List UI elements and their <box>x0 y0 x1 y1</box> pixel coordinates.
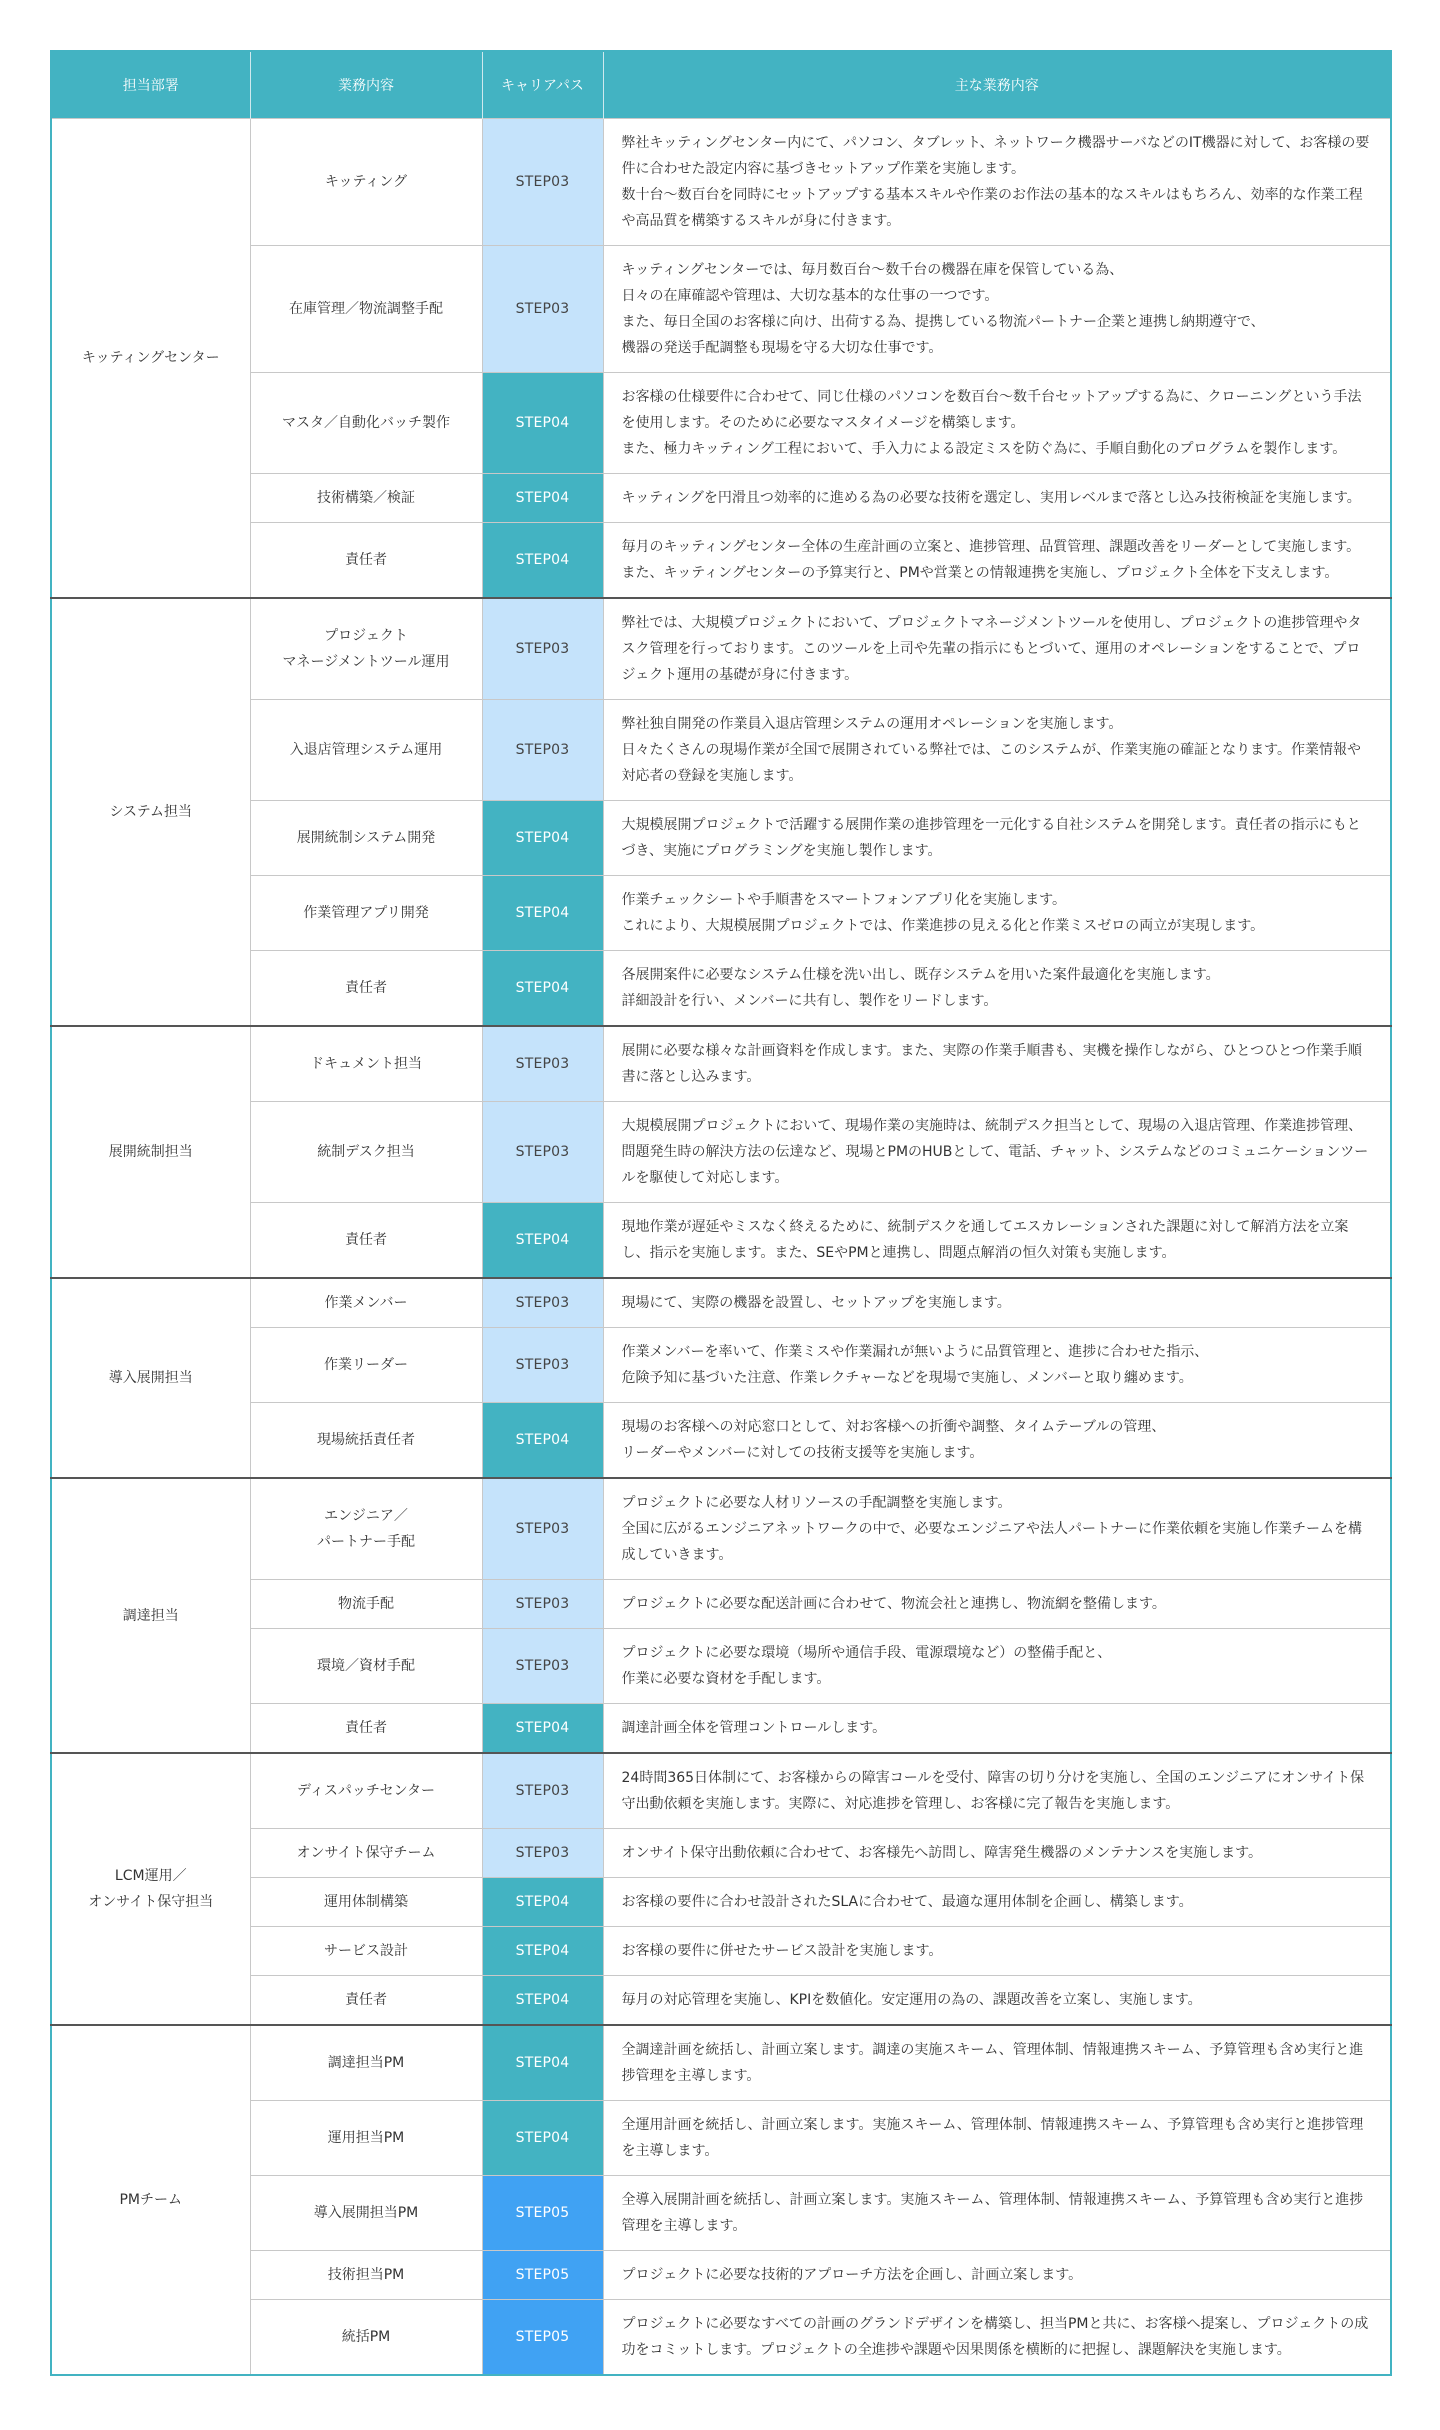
description-cell: 弊社キッティングセンター内にて、パソコン、タブレット、ネットワーク機器サーバなど… <box>603 119 1391 246</box>
task-cell: 責任者 <box>250 1203 482 1279</box>
description-cell: 展開に必要な様々な計画資料を作成します。また、実際の作業手順書も、実機を操作しな… <box>603 1026 1391 1102</box>
description-cell: お客様の要件に合わせ設計されたSLAに合わせて、最適な運用体制を企画し、構築しま… <box>603 1878 1391 1927</box>
description-cell: プロジェクトに必要な環境（場所や通信手段、電源環境など）の整備手配と、 作業に必… <box>603 1629 1391 1704</box>
department-cell: キッティングセンター <box>51 119 250 599</box>
description-cell: 現場にて、実際の機器を設置し、セットアップを実施します。 <box>603 1278 1391 1328</box>
career-step-badge: STEP03 <box>482 700 603 801</box>
task-cell: 調達担当PM <box>250 2025 482 2101</box>
description-cell: 調達計画全体を管理コントロールします。 <box>603 1704 1391 1754</box>
table-row: 物流手配STEP03プロジェクトに必要な配送計画に合わせて、物流会社と連携し、物… <box>51 1580 1391 1629</box>
task-cell: 技術構築／検証 <box>250 474 482 523</box>
table-row: システム担当プロジェクト マネージメントツール運用STEP03弊社では、大規模プ… <box>51 598 1391 700</box>
career-step-badge: STEP04 <box>482 1403 603 1479</box>
task-cell: サービス設計 <box>250 1927 482 1976</box>
career-step-badge: STEP03 <box>482 119 603 246</box>
task-cell: 統制デスク担当 <box>250 1102 482 1203</box>
task-cell: 展開統制システム開発 <box>250 801 482 876</box>
table-row: 責任者STEP04毎月の対応管理を実施し、KPIを数値化。安定運用の為の、課題改… <box>51 1976 1391 2026</box>
description-cell: お客様の要件に併せたサービス設計を実施します。 <box>603 1927 1391 1976</box>
table-row: 環境／資材手配STEP03プロジェクトに必要な環境（場所や通信手段、電源環境など… <box>51 1629 1391 1704</box>
career-step-badge: STEP03 <box>482 598 603 700</box>
career-step-badge: STEP03 <box>482 1629 603 1704</box>
table-row: 在庫管理／物流調整手配STEP03キッティングセンターでは、毎月数百台〜数千台の… <box>51 246 1391 373</box>
description-cell: 全導入展開計画を統括し、計画立案します。実施スキーム、管理体制、情報連携スキーム… <box>603 2176 1391 2251</box>
career-step-badge: STEP04 <box>482 1976 603 2026</box>
task-cell: 責任者 <box>250 1976 482 2026</box>
table-row: 作業管理アプリ開発STEP04作業チェックシートや手順書をスマートフォンアプリ化… <box>51 876 1391 951</box>
table-row: 導入展開担当PMSTEP05全導入展開計画を統括し、計画立案します。実施スキーム… <box>51 2176 1391 2251</box>
career-step-badge: STEP03 <box>482 1026 603 1102</box>
task-cell: 物流手配 <box>250 1580 482 1629</box>
task-cell: ディスパッチセンター <box>250 1753 482 1829</box>
career-path-table: 担当部署 業務内容 キャリアパス 主な業務内容 キッティングセンターキッティング… <box>50 50 1392 2376</box>
table-row: 調達担当エンジニア／ パートナー手配STEP03プロジェクトに必要な人材リソース… <box>51 1478 1391 1580</box>
department-cell: システム担当 <box>51 598 250 1026</box>
career-step-badge: STEP04 <box>482 1203 603 1279</box>
task-cell: 責任者 <box>250 951 482 1027</box>
table-body: キッティングセンターキッティングSTEP03弊社キッティングセンター内にて、パソ… <box>51 119 1391 2376</box>
task-cell: 在庫管理／物流調整手配 <box>250 246 482 373</box>
description-cell: 毎月の対応管理を実施し、KPIを数値化。安定運用の為の、課題改善を立案し、実施し… <box>603 1976 1391 2026</box>
career-step-badge: STEP04 <box>482 876 603 951</box>
task-cell: 責任者 <box>250 1704 482 1754</box>
career-step-badge: STEP03 <box>482 246 603 373</box>
table-row: 展開統制システム開発STEP04大規模展開プロジェクトで活躍する展開作業の進捗管… <box>51 801 1391 876</box>
department-cell: 調達担当 <box>51 1478 250 1753</box>
career-step-badge: STEP04 <box>482 2101 603 2176</box>
table-row: 展開統制担当ドキュメント担当STEP03展開に必要な様々な計画資料を作成します。… <box>51 1026 1391 1102</box>
description-cell: プロジェクトに必要な技術的アプローチ方法を企画し、計画立案します。 <box>603 2251 1391 2300</box>
table-row: PMチーム調達担当PMSTEP04全調達計画を統括し、計画立案します。調達の実施… <box>51 2025 1391 2101</box>
table-row: 導入展開担当作業メンバーSTEP03現場にて、実際の機器を設置し、セットアップを… <box>51 1278 1391 1328</box>
career-step-badge: STEP05 <box>482 2251 603 2300</box>
table-row: 統括PMSTEP05プロジェクトに必要なすべての計画のグランドデザインを構築し、… <box>51 2300 1391 2376</box>
career-step-badge: STEP04 <box>482 1927 603 1976</box>
task-cell: 作業リーダー <box>250 1328 482 1403</box>
description-cell: 全運用計画を統括し、計画立案します。実施スキーム、管理体制、情報連携スキーム、予… <box>603 2101 1391 2176</box>
table-row: 責任者STEP04各展開案件に必要なシステム仕様を洗い出し、既存システムを用いた… <box>51 951 1391 1027</box>
table-row: マスタ／自動化バッチ製作STEP04お客様の仕様要件に合わせて、同じ仕様のパソコ… <box>51 373 1391 474</box>
career-step-badge: STEP03 <box>482 1753 603 1829</box>
career-step-badge: STEP04 <box>482 2025 603 2101</box>
career-step-badge: STEP05 <box>482 2300 603 2376</box>
task-cell: キッティング <box>250 119 482 246</box>
table-row: 運用体制構築STEP04お客様の要件に合わせ設計されたSLAに合わせて、最適な運… <box>51 1878 1391 1927</box>
description-cell: プロジェクトに必要な人材リソースの手配調整を実施します。 全国に広がるエンジニア… <box>603 1478 1391 1580</box>
header-career-path: キャリアパス <box>482 51 603 119</box>
table-row: 運用担当PMSTEP04全運用計画を統括し、計画立案します。実施スキーム、管理体… <box>51 2101 1391 2176</box>
task-cell: 運用担当PM <box>250 2101 482 2176</box>
header-row: 担当部署 業務内容 キャリアパス 主な業務内容 <box>51 51 1391 119</box>
description-cell: 各展開案件に必要なシステム仕様を洗い出し、既存システムを用いた案件最適化を実施し… <box>603 951 1391 1027</box>
career-step-badge: STEP04 <box>482 1704 603 1754</box>
description-cell: 弊社では、大規模プロジェクトにおいて、プロジェクトマネージメントツールを使用し、… <box>603 598 1391 700</box>
description-cell: 全調達計画を統括し、計画立案します。調達の実施スキーム、管理体制、情報連携スキー… <box>603 2025 1391 2101</box>
department-cell: 導入展開担当 <box>51 1278 250 1478</box>
career-step-badge: STEP03 <box>482 1829 603 1878</box>
career-step-badge: STEP04 <box>482 373 603 474</box>
career-step-badge: STEP03 <box>482 1102 603 1203</box>
table-row: 技術構築／検証STEP04キッティングを円滑且つ効率的に進める為の必要な技術を選… <box>51 474 1391 523</box>
header-description: 主な業務内容 <box>603 51 1391 119</box>
task-cell: 入退店管理システム運用 <box>250 700 482 801</box>
table-row: 現場統括責任者STEP04現場のお客様への対応窓口として、対お客様への折衝や調整… <box>51 1403 1391 1479</box>
table-row: 責任者STEP04調達計画全体を管理コントロールします。 <box>51 1704 1391 1754</box>
career-step-badge: STEP03 <box>482 1478 603 1580</box>
table-row: 責任者STEP04現地作業が遅延やミスなく終えるために、統制デスクを通してエスカ… <box>51 1203 1391 1279</box>
description-cell: 弊社独自開発の作業員入退店管理システムの運用オペレーションを実施します。 日々た… <box>603 700 1391 801</box>
description-cell: お客様の仕様要件に合わせて、同じ仕様のパソコンを数百台〜数千台セットアップする為… <box>603 373 1391 474</box>
career-step-badge: STEP05 <box>482 2176 603 2251</box>
table-row: キッティングセンターキッティングSTEP03弊社キッティングセンター内にて、パソ… <box>51 119 1391 246</box>
task-cell: 作業メンバー <box>250 1278 482 1328</box>
task-cell: 統括PM <box>250 2300 482 2376</box>
table-row: 責任者STEP04毎月のキッティングセンター全体の生産計画の立案と、進捗管理、品… <box>51 523 1391 599</box>
task-cell: オンサイト保守チーム <box>250 1829 482 1878</box>
header-task: 業務内容 <box>250 51 482 119</box>
task-cell: ドキュメント担当 <box>250 1026 482 1102</box>
table-row: オンサイト保守チームSTEP03オンサイト保守出動依頼に合わせて、お客様先へ訪問… <box>51 1829 1391 1878</box>
description-cell: プロジェクトに必要なすべての計画のグランドデザインを構築し、担当PMと共に、お客… <box>603 2300 1391 2376</box>
description-cell: 大規模展開プロジェクトで活躍する展開作業の進捗管理を一元化する自社システムを開発… <box>603 801 1391 876</box>
department-cell: PMチーム <box>51 2025 250 2375</box>
table-row: 作業リーダーSTEP03作業メンバーを率いて、作業ミスや作業漏れが無いように品質… <box>51 1328 1391 1403</box>
task-cell: 現場統括責任者 <box>250 1403 482 1479</box>
task-cell: 環境／資材手配 <box>250 1629 482 1704</box>
description-cell: 大規模展開プロジェクトにおいて、現場作業の実施時は、統制デスク担当として、現場の… <box>603 1102 1391 1203</box>
table-header: 担当部署 業務内容 キャリアパス 主な業務内容 <box>51 51 1391 119</box>
table-row: LCM運用／ オンサイト保守担当ディスパッチセンターSTEP0324時間365日… <box>51 1753 1391 1829</box>
career-step-badge: STEP04 <box>482 951 603 1027</box>
career-step-badge: STEP03 <box>482 1580 603 1629</box>
header-department: 担当部署 <box>51 51 250 119</box>
description-cell: 作業メンバーを率いて、作業ミスや作業漏れが無いように品質管理と、進捗に合わせた指… <box>603 1328 1391 1403</box>
task-cell: 作業管理アプリ開発 <box>250 876 482 951</box>
table-row: 統制デスク担当STEP03大規模展開プロジェクトにおいて、現場作業の実施時は、統… <box>51 1102 1391 1203</box>
description-cell: 現地作業が遅延やミスなく終えるために、統制デスクを通してエスカレーションされた課… <box>603 1203 1391 1279</box>
description-cell: 毎月のキッティングセンター全体の生産計画の立案と、進捗管理、品質管理、課題改善を… <box>603 523 1391 599</box>
description-cell: 作業チェックシートや手順書をスマートフォンアプリ化を実施します。 これにより、大… <box>603 876 1391 951</box>
career-step-badge: STEP03 <box>482 1278 603 1328</box>
description-cell: 現場のお客様への対応窓口として、対お客様への折衝や調整、タイムテーブルの管理、 … <box>603 1403 1391 1479</box>
task-cell: 技術担当PM <box>250 2251 482 2300</box>
table-row: 入退店管理システム運用STEP03弊社独自開発の作業員入退店管理システムの運用オ… <box>51 700 1391 801</box>
career-step-badge: STEP04 <box>482 1878 603 1927</box>
description-cell: オンサイト保守出動依頼に合わせて、お客様先へ訪問し、障害発生機器のメンテナンスを… <box>603 1829 1391 1878</box>
task-cell: プロジェクト マネージメントツール運用 <box>250 598 482 700</box>
career-step-badge: STEP04 <box>482 474 603 523</box>
department-cell: 展開統制担当 <box>51 1026 250 1278</box>
task-cell: 導入展開担当PM <box>250 2176 482 2251</box>
description-cell: プロジェクトに必要な配送計画に合わせて、物流会社と連携し、物流網を整備します。 <box>603 1580 1391 1629</box>
description-cell: 24時間365日体制にて、お客様からの障害コールを受付、障害の切り分けを実施し、… <box>603 1753 1391 1829</box>
career-step-badge: STEP04 <box>482 523 603 599</box>
task-cell: マスタ／自動化バッチ製作 <box>250 373 482 474</box>
task-cell: 運用体制構築 <box>250 1878 482 1927</box>
career-step-badge: STEP03 <box>482 1328 603 1403</box>
career-table-wrapper: 担当部署 業務内容 キャリアパス 主な業務内容 キッティングセンターキッティング… <box>50 50 1390 2376</box>
description-cell: キッティングを円滑且つ効率的に進める為の必要な技術を選定し、実用レベルまで落とし… <box>603 474 1391 523</box>
career-step-badge: STEP04 <box>482 801 603 876</box>
table-row: サービス設計STEP04お客様の要件に併せたサービス設計を実施します。 <box>51 1927 1391 1976</box>
description-cell: キッティングセンターでは、毎月数百台〜数千台の機器在庫を保管している為、 日々の… <box>603 246 1391 373</box>
table-row: 技術担当PMSTEP05プロジェクトに必要な技術的アプローチ方法を企画し、計画立… <box>51 2251 1391 2300</box>
task-cell: エンジニア／ パートナー手配 <box>250 1478 482 1580</box>
task-cell: 責任者 <box>250 523 482 599</box>
department-cell: LCM運用／ オンサイト保守担当 <box>51 1753 250 2025</box>
